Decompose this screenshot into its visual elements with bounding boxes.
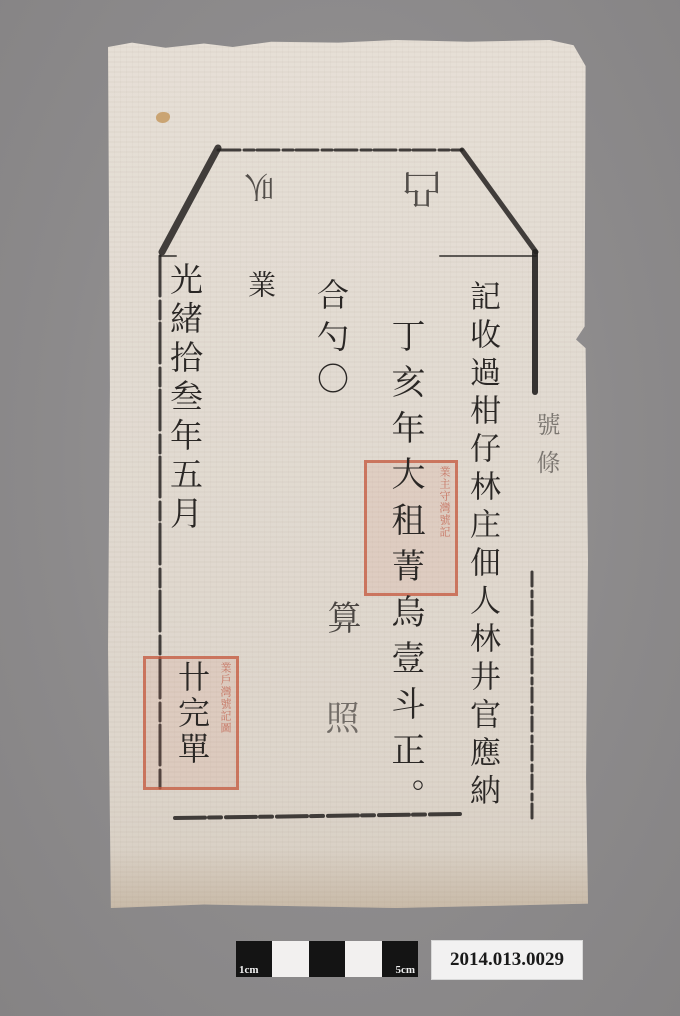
text-column-1: 記收過柑仔林庄佃人林井官應納 (466, 280, 497, 812)
scale-bar: 1cm 5cm (236, 941, 418, 977)
margin-mark: 號 (534, 412, 558, 438)
scale-segment-white (345, 941, 381, 977)
text-column-5-date: 光緒拾叁年五月 (168, 262, 201, 535)
header-glyph-left: 㕥 (238, 170, 274, 200)
signature-mark-1: 算 (324, 600, 358, 640)
text-column-3: 合勺〇 (315, 278, 347, 404)
margin-mark: 條 (534, 450, 558, 476)
signature-mark-2: 照 (322, 700, 356, 740)
text-column-6: 卄完單 (176, 660, 208, 768)
text-column-2: 丁亥年大租菁烏壹斗正。 (388, 318, 422, 824)
scale-segment-white (272, 941, 308, 977)
scale-label-right: 5cm (395, 964, 415, 976)
seal-text: 業戶灣號記圖 (217, 662, 233, 734)
printed-frame (0, 0, 680, 1016)
catalog-number-label: 2014.013.0029 (431, 940, 583, 980)
scale-label-left: 1cm (239, 964, 259, 976)
seal-text: 業主守灣號記 (436, 466, 452, 538)
header-glyph-right: 凸 (396, 168, 442, 208)
text-column-4: 業 (246, 270, 274, 304)
scale-segment-black (309, 941, 345, 977)
